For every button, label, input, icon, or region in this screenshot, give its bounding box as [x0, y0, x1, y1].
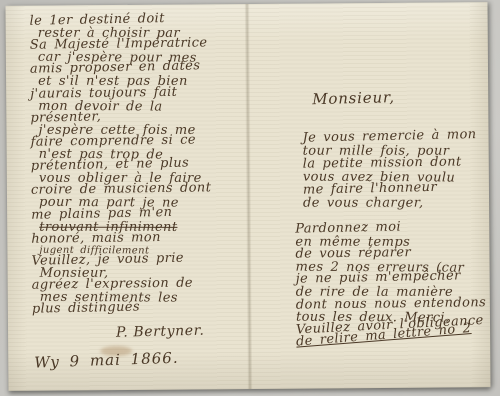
right-page-paragraph-2: Pardonnez moien même tempsde vous répare…	[295, 222, 482, 349]
handwriting-line: honoré, mais mon	[31, 231, 247, 246]
right-page-paragraph-1: Je vous remercie à montour mille fois, p…	[302, 130, 483, 209]
handwriting-line: Je vous remercie à mon	[302, 128, 482, 145]
handwriting-line: plus distingués	[32, 300, 248, 316]
left-page-text: le 1er destiné doitrester à choisir parS…	[30, 14, 248, 316]
handwriting-line: de vous charger,	[303, 197, 483, 210]
letter-sheet: le 1er destiné doitrester à choisir parS…	[5, 2, 490, 391]
salutation: Monsieur,	[312, 90, 395, 107]
handwriting-line: me faire l'honneur	[303, 180, 483, 197]
handwriting-line: la petite mission dont	[303, 155, 483, 170]
signature: P. Bertyner.	[116, 324, 205, 340]
date-line: Wy 9 mai 1866.	[34, 351, 179, 371]
